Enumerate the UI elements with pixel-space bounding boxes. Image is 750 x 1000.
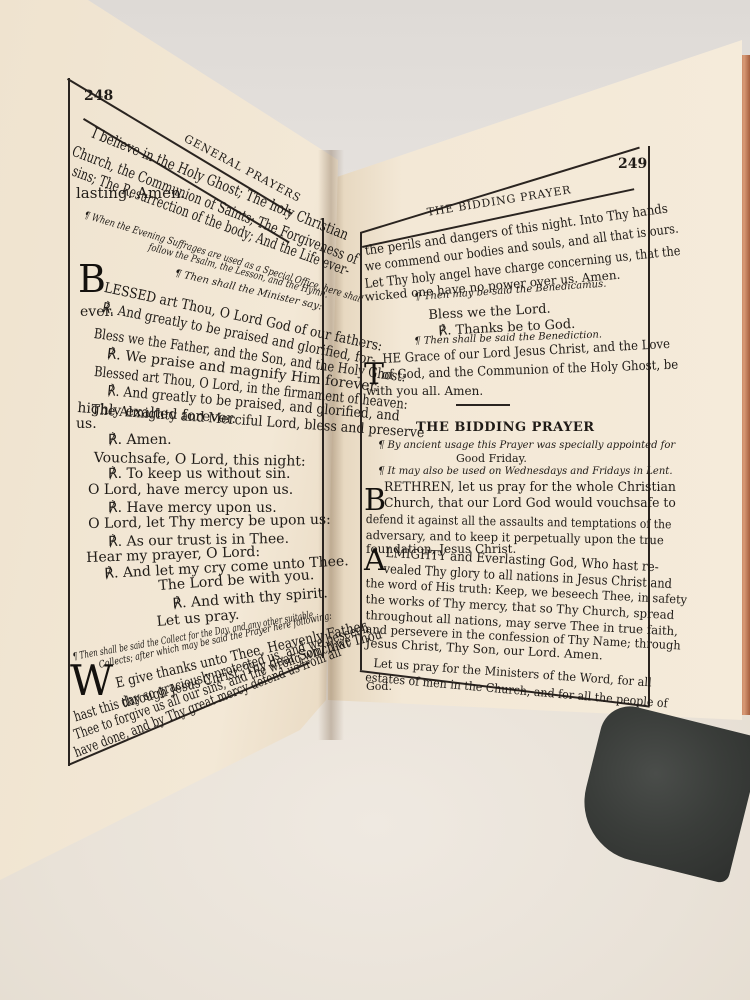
text-line: with you all. Amen. [366, 384, 483, 398]
rubric: ¶ By ancient usage this Prayer was speci… [378, 440, 675, 451]
section-title: THE BIDDING PRAYER [416, 420, 595, 435]
text-line: ℟. Amen. [108, 432, 172, 448]
drop-cap: W [70, 664, 113, 698]
left-page-number: 248 [84, 88, 113, 104]
text-line: ℟. To keep us without sin. [108, 466, 290, 482]
text-line: Church, that our Lord God would vouchsaf… [384, 496, 676, 511]
drop-cap: B [78, 262, 106, 296]
section-divider [456, 404, 510, 406]
text-line: us. [76, 416, 97, 432]
text-line: lasting. Amen. [76, 184, 185, 202]
right-page-number: 249 [618, 156, 647, 172]
right-frame-left [360, 232, 362, 670]
text-line: RETHREN, let us pray for the whole Chris… [384, 480, 676, 495]
text-line: ever. [80, 304, 114, 320]
text-line: God. [366, 680, 392, 693]
text-line: O Lord, have mercy upon us. [88, 482, 293, 498]
rubric: Good Friday. [456, 452, 527, 465]
rubric: ¶ It may also be used on Wednesdays and … [378, 466, 673, 477]
